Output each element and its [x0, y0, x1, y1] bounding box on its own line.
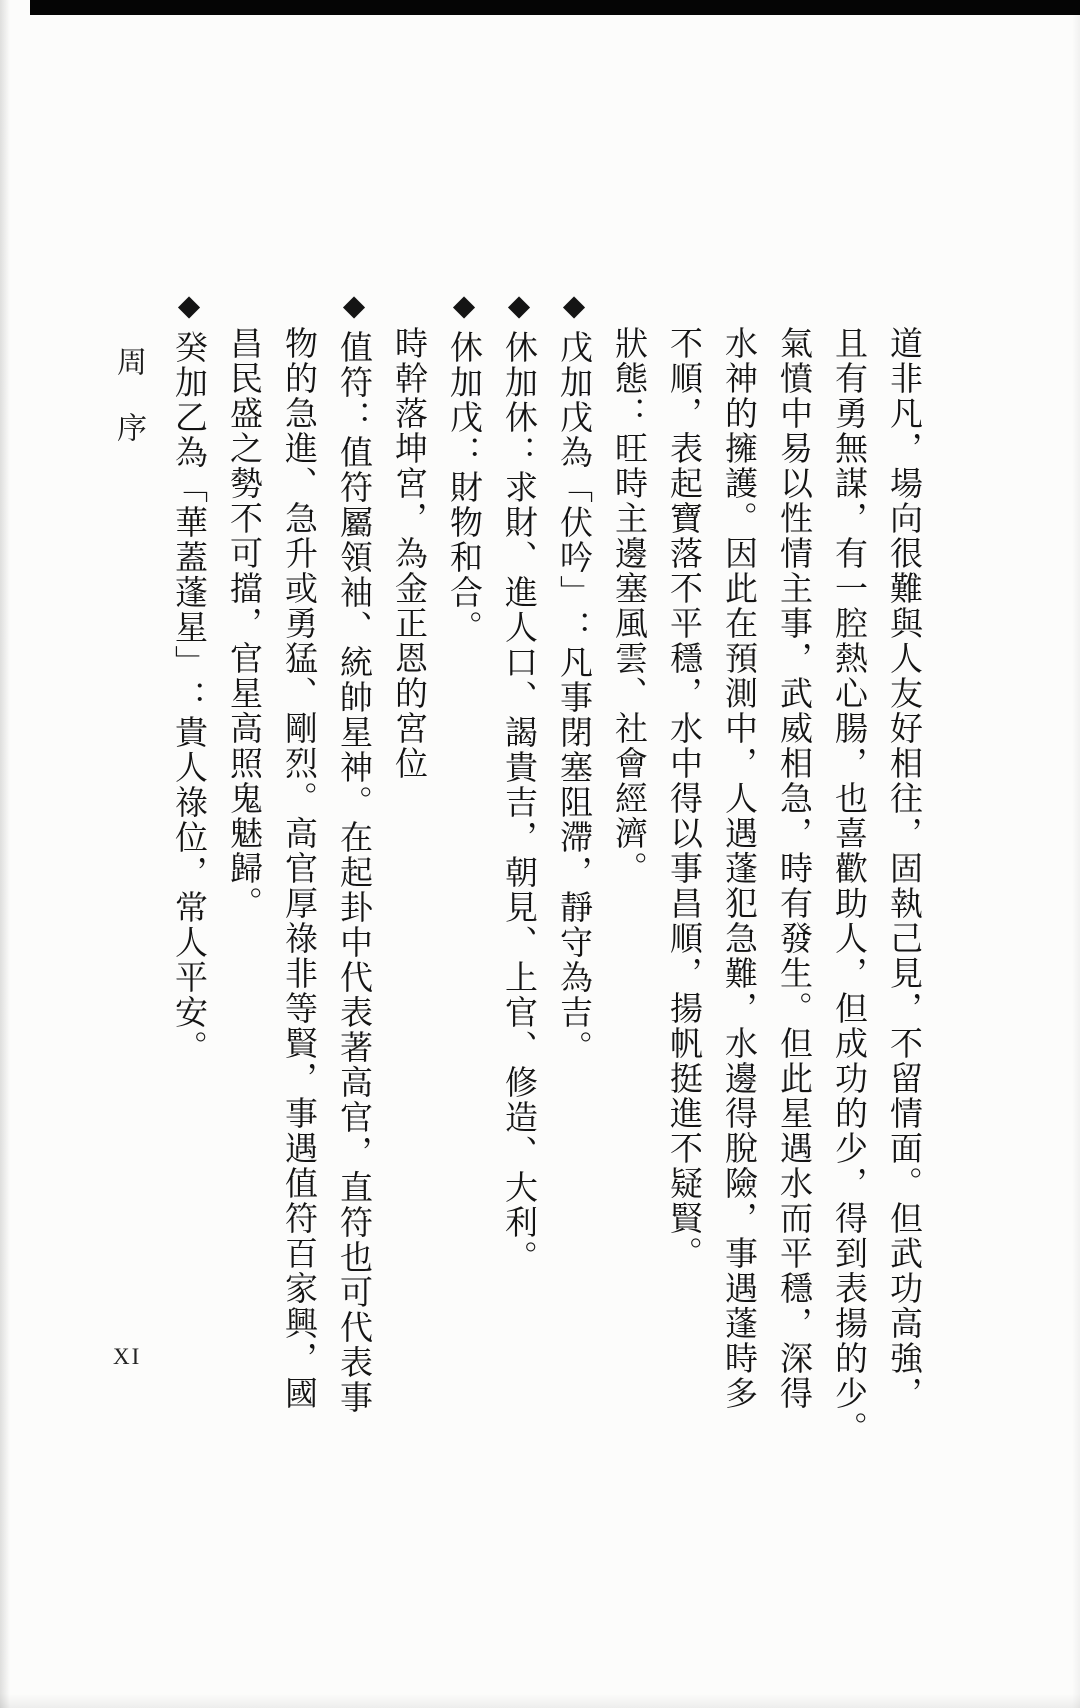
column-text: 狀態：旺時主邊塞風雲、社會經濟。 [610, 326, 646, 886]
text-column: ◆值符：值符屬領袖、統帥星神。在起卦中代表著高官，直符也可代表事 [325, 288, 380, 1488]
text-column: ◆戊加戊為「伏吟」：凡事閉塞阻滯，靜守為吉。 [545, 288, 600, 1488]
bullet-diamond-icon: ◆ [557, 288, 589, 324]
text-column: 狀態：旺時主邊塞風雲、社會經濟。 [600, 288, 655, 1488]
text-column: 物的急進、急升或勇猛、剛烈。高官厚祿非等賢，事遇值符百家興，國 [270, 288, 325, 1488]
text-column: 水神的擁護。因此在預測中，人遇蓬犯急難，水邊得脫險，事遇蓬時多 [710, 288, 765, 1488]
column-text: 癸加乙為「華蓋蓬星」：貴人祿位，常人平安。 [170, 330, 206, 1065]
column-text: 物的急進、急升或勇猛、剛烈。高官厚祿非等賢，事遇值符百家興，國 [280, 326, 316, 1411]
text-column: ◆休加戊：財物和合。 [435, 288, 490, 1488]
text-column: 時幹落坤宮，為金正恩的宮位 [380, 288, 435, 1488]
text-column: ◆休加休：求財、進人口、謁貴吉，朝見、上官、修造、大利。 [490, 288, 545, 1488]
text-column: ◆癸加乙為「華蓋蓬星」：貴人祿位，常人平安。 [160, 288, 215, 1488]
column-text: 不順，表起寶落不平穩，水中得以事昌順，揚帆挺進不疑賢。 [665, 326, 701, 1271]
page-number: XI [113, 1344, 141, 1370]
column-text: 水神的擁護。因此在預測中，人遇蓬犯急難，水邊得脫險，事遇蓬時多 [720, 326, 756, 1411]
bullet-diamond-icon: ◆ [502, 288, 534, 324]
scan-artifact-top-bar [30, 0, 1080, 15]
text-column: 且有勇無謀，有一腔熱心腸，也喜歡助人，但成功的少，得到表揚的少。 [820, 288, 875, 1488]
column-text: 戊加戊為「伏吟」：凡事閉塞阻滯，靜守為吉。 [555, 330, 591, 1065]
column-text: 休加休：求財、進人口、謁貴吉，朝見、上官、修造、大利。 [500, 330, 536, 1275]
column-text: 道非凡，場向很難與人友好相往，固執己見，不留情面。但武功高強， [885, 326, 921, 1411]
text-column: 道非凡，場向很難與人友好相往，固執己見，不留情面。但武功高強， [875, 288, 930, 1488]
bullet-diamond-icon: ◆ [447, 288, 479, 324]
bullet-diamond-icon: ◆ [337, 288, 369, 324]
column-text: 昌民盛之勢不可擋，官星高照鬼魅歸。 [225, 326, 261, 921]
text-column: 昌民盛之勢不可擋，官星高照鬼魅歸。 [215, 288, 270, 1488]
book-page: 周序 道非凡，場向很難與人友好相往，固執己見，不留情面。但武功高強，且有勇無謀，… [0, 0, 1080, 1708]
body-text: 道非凡，場向很難與人友好相往，固執己見，不留情面。但武功高強，且有勇無謀，有一腔… [158, 288, 930, 1488]
bullet-diamond-icon: ◆ [172, 288, 204, 324]
column-text: 時幹落坤宮，為金正恩的宮位 [390, 326, 426, 781]
text-column: 不順，表起寶落不平穩，水中得以事昌順，揚帆挺進不疑賢。 [655, 288, 710, 1488]
column-text: 氣憤中易以性情主事，武威相急，時有發生。但此星遇水而平穩，深得 [775, 326, 811, 1411]
column-text: 值符：值符屬領袖、統帥星神。在起卦中代表著高官，直符也可代表事 [335, 330, 371, 1415]
text-column: 氣憤中易以性情主事，武威相急，時有發生。但此星遇水而平穩，深得 [765, 288, 820, 1488]
column-text: 且有勇無謀，有一腔熱心腸，也喜歡助人，但成功的少，得到表揚的少。 [830, 326, 866, 1446]
running-header: 周序 [106, 346, 150, 478]
column-text: 休加戊：財物和合。 [445, 330, 481, 645]
